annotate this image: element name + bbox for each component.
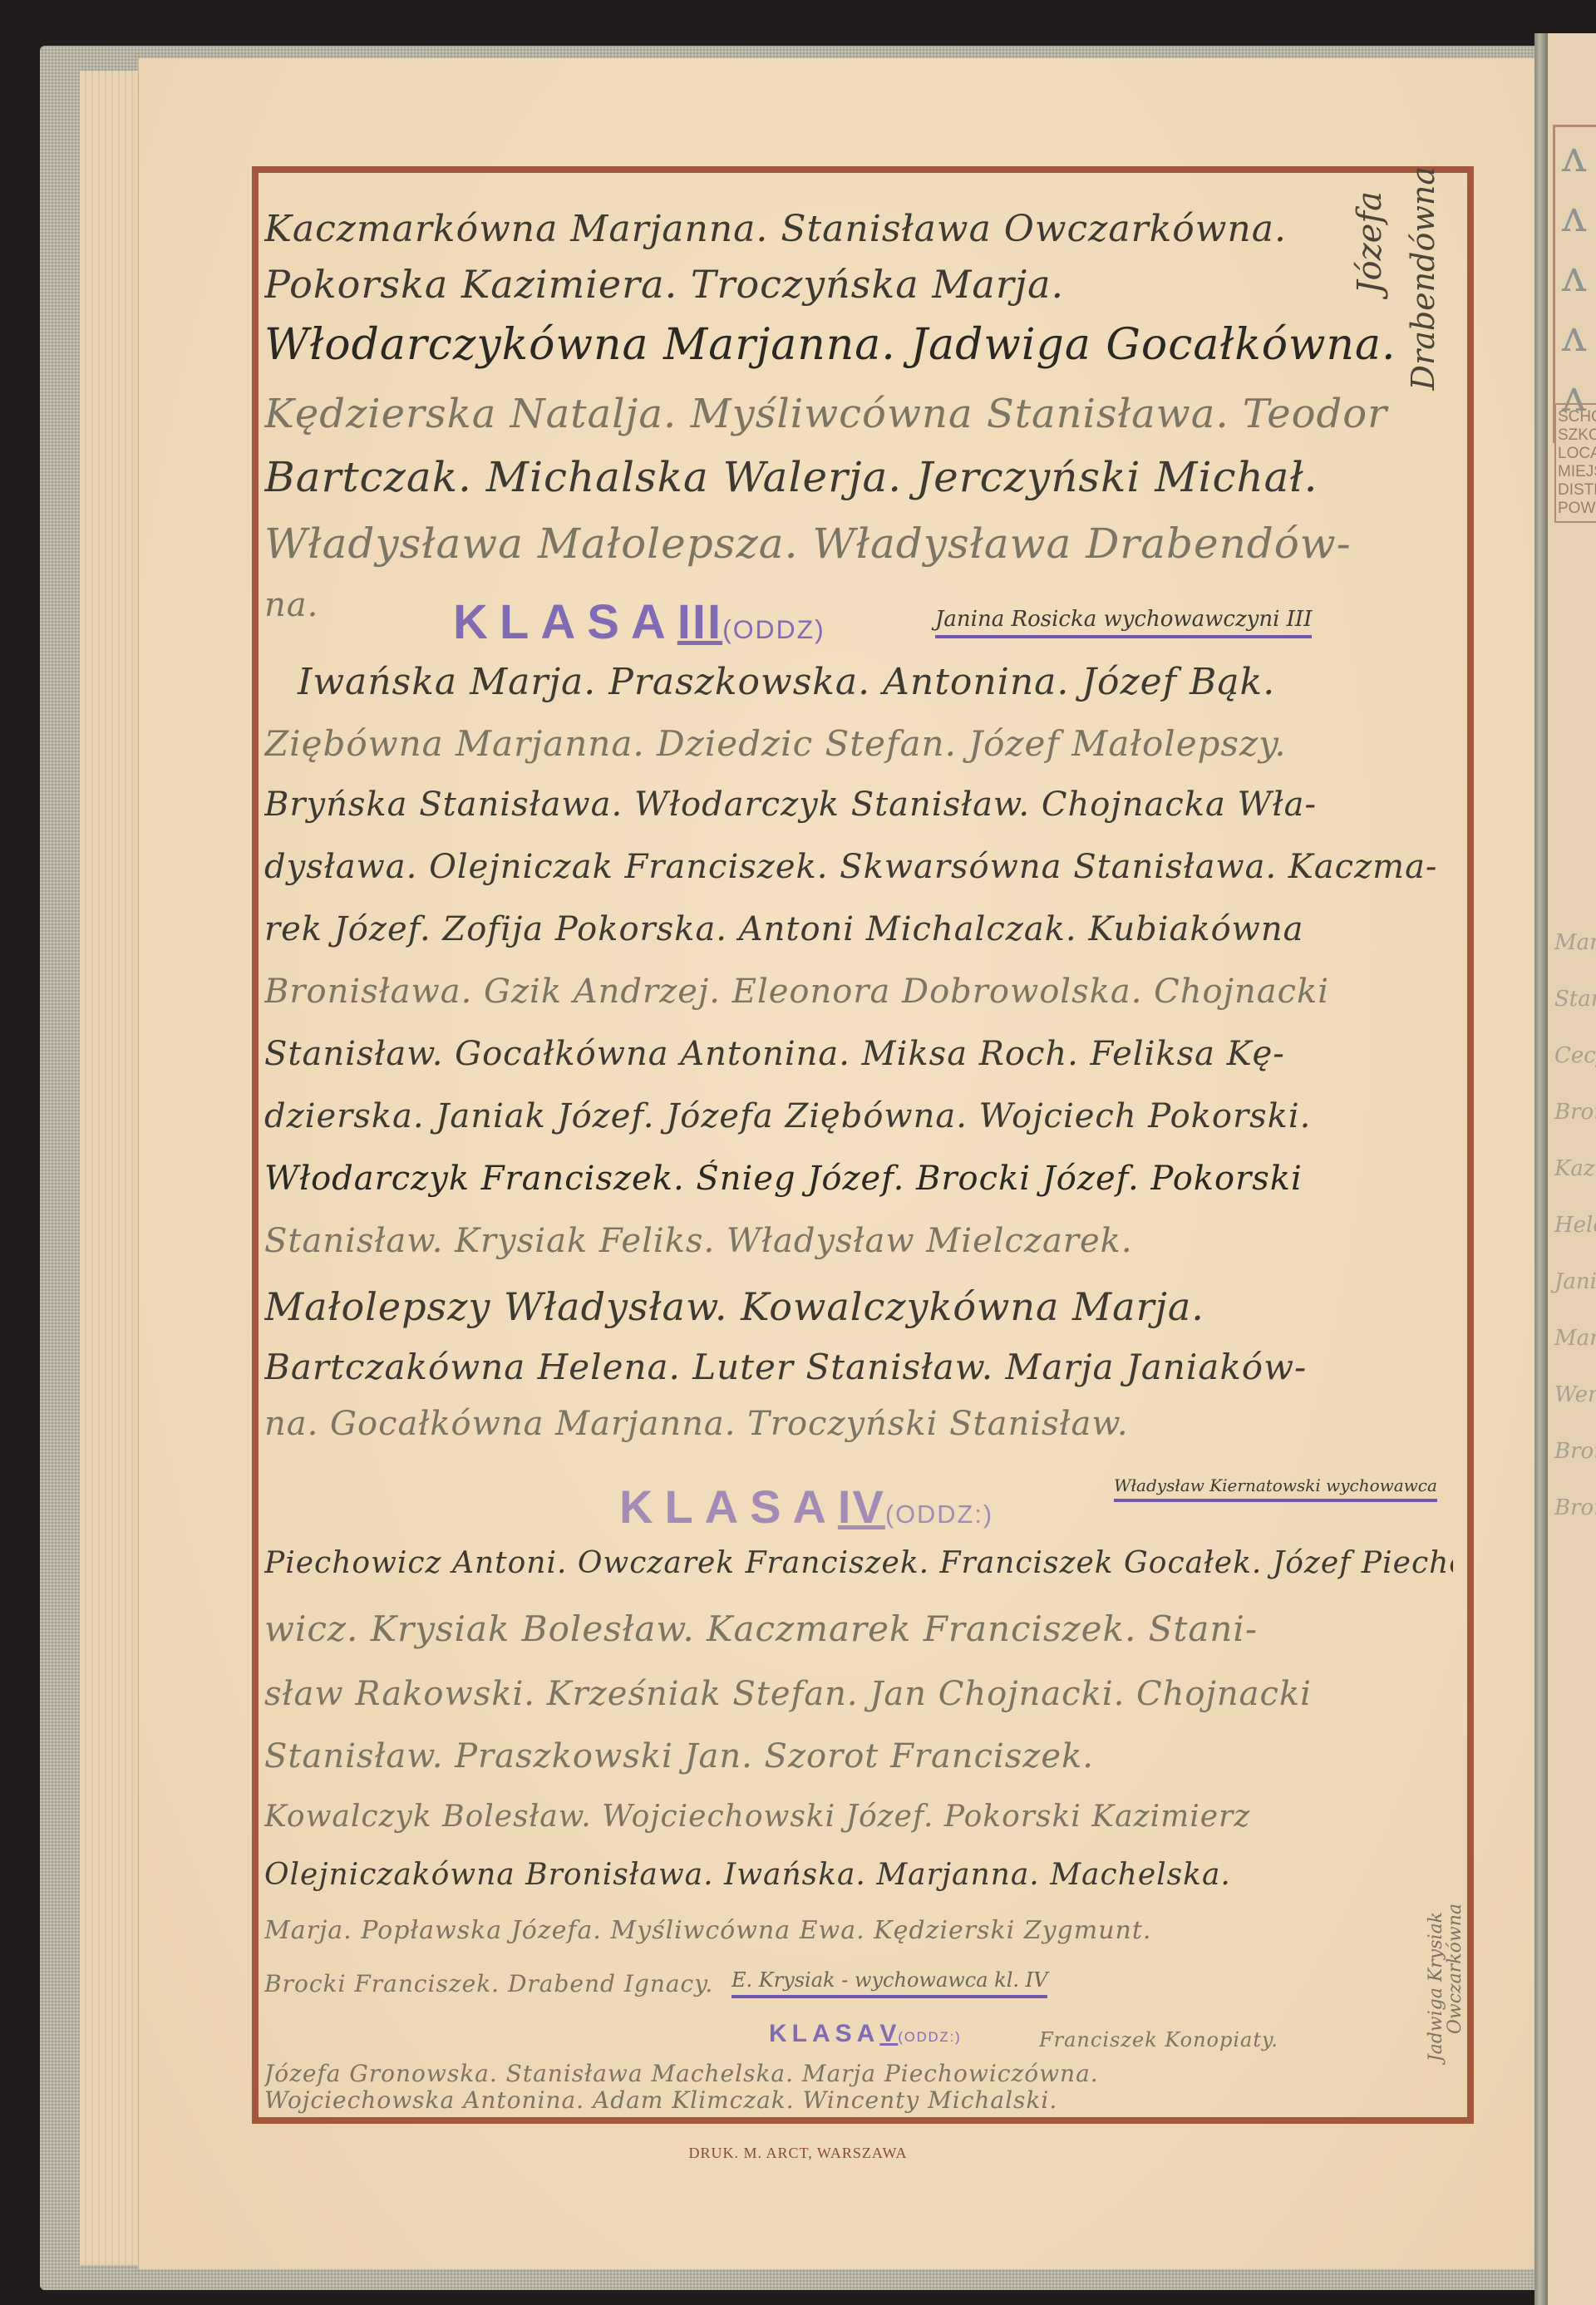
decorative-ornament-icon: ʌʌʌʌʌ [1553,125,1596,443]
margin-note: Owczarkówna [1445,1904,1465,2034]
register-line: Ziębówna Marjanna. Dziedzic Stefan. Józe… [264,723,1453,764]
class-stamp-5: KLASAV(ODDZ:) [769,2020,962,2048]
register-line: na. [264,586,364,624]
class-stamp-4: KLASAIV(ODDZ:) [619,1480,993,1534]
register-line: Józefa Gronowska. Stanisława Machelska. … [264,2060,1453,2087]
register-line: Iwańska Marja. Praszkowska. Antonina. Jó… [264,661,1486,703]
register-line: Włodarczyk Franciszek. Śnieg Józef. Broc… [264,1160,1453,1198]
teacher-note-4: Władysław Kiernatowski wychowawca [1114,1475,1437,1502]
register-line: na. Gocałkówna Marjanna. Troczyński Stan… [264,1405,1453,1443]
adjacent-names: Marja Stani Cecyl Bronis Kazim Helena Ja… [1554,914,1596,1536]
register-line: wicz. Krysiak Bolesław. Kaczmarek Franci… [264,1608,1453,1649]
register-line: Kędzierska Natalja. Myśliwcówna Stanisła… [264,391,1453,437]
register-line: Wojciechowska Antonina. Adam Klimczak. W… [264,2086,1453,2114]
class-stamp-3: KLASAIII(ODDZ) [453,594,825,650]
register-line: sław Rakowski. Krześniak Stefan. Jan Cho… [264,1675,1453,1713]
adjacent-form-labels: SCHOOL SZKOŁA LOCALITY MIEJSCOWOŚĆ DISTR… [1554,403,1596,523]
margin-note: Drabendówna [1405,166,1441,390]
teacher-note-4-inline: E. Krysiak - wychowawca kl. IV [731,1968,1047,1998]
register-line: Pokorska Kazimiera. Troczyńska Marja. [264,262,1453,307]
register-line: Małolepszy Władysław. Kowalczykówna Marj… [264,1284,1453,1329]
register-line: Brocki Franciszek. Drabend Ignacy. [264,1970,730,1997]
book-gutter [1534,33,1548,2305]
register-line: Bronisława. Gzik Andrzej. Eleonora Dobro… [264,973,1453,1011]
register-line: dysława. Olejniczak Franciszek. Skwarsów… [264,848,1453,886]
printer-imprint: DRUK. M. ARCT, WARSZAWA [0,2145,1596,2162]
register-line: Marja. Popławska Józefa. Myśliwcówna Ewa… [264,1916,1453,1945]
teacher-note-3: Janina Rosicka wychowawczyni III [935,607,1312,638]
register-line: Kowalczyk Bolesław. Wojciechowski Józef.… [264,1800,1453,1834]
register-line: Stanisław. Praszkowski Jan. Szorot Franc… [264,1737,1453,1776]
page-edges [80,71,140,2265]
register-line: dzierska. Janiak Józef. Józefa Ziębówna.… [264,1097,1453,1135]
margin-note: Józefa [1351,191,1389,294]
register-line: Bryńska Stanisława. Włodarczyk Stanisław… [264,786,1453,824]
register-line: Stanisław. Gocałkówna Antonina. Miksa Ro… [264,1035,1453,1073]
register-line: Kaczmarkówna Marjanna. Stanisława Owczar… [264,208,1453,250]
register-line: Władysława Małolepsza. Władysława Draben… [264,520,1453,568]
register-line: Włodarczykówna Marjanna. Jadwiga Gocałkó… [264,320,1453,370]
register-line: Bartczak. Michalska Walerja. Jerczyński … [264,453,1453,501]
adjacent-page: ʌʌʌʌʌ SCHOOL SZKOŁA LOCALITY MIEJSCOWOŚĆ… [1548,33,1596,2305]
register-line: rek Józef. Zofija Pokorska. Antoni Micha… [264,910,1453,948]
register-line: Olejniczakówna Bronisława. Iwańska. Marj… [264,1858,1453,1892]
margin-note: Jadwiga Krysiak [1426,1912,1446,2061]
register-line: Stanisław. Krysiak Feliks. Władysław Mie… [264,1222,1453,1260]
register-line: Bartczakówna Helena. Luter Stanisław. Ma… [264,1347,1453,1387]
register-line: Piechowicz Antoni. Owczarek Franciszek. … [264,1546,1453,1580]
register-line: Franciszek Konopiaty. [1039,2028,1288,2051]
